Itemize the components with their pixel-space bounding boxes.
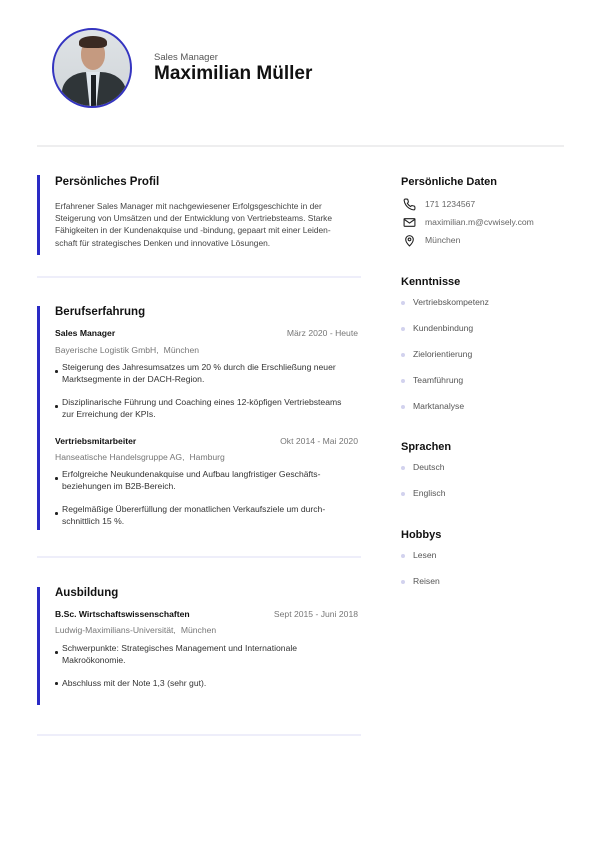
photo-hair	[79, 36, 107, 48]
profile-line: schaft für strategisches Denken und inno…	[55, 237, 361, 249]
profile-text: Erfahrener Sales Manager mit nachgewiese…	[55, 200, 361, 249]
section-divider	[37, 734, 361, 736]
email-value: maximilian.m@cvwisely.com	[425, 217, 534, 227]
section-accent-bar	[37, 175, 40, 255]
mail-icon	[402, 215, 416, 229]
location-pin-icon	[402, 233, 416, 247]
company-city: Hamburg	[189, 452, 224, 462]
education-bullet: Abschluss mit der Note 1,3 (sehr gut).	[55, 677, 371, 689]
hobby-label: Reisen	[413, 576, 440, 586]
bullet-line: Erfolgreiche Neukundenakquise und Aufbau…	[55, 468, 371, 480]
bullet-line: Schwerpunkte: Strategisches Management u…	[55, 642, 371, 654]
hobby-label: Lesen	[413, 550, 436, 560]
photo-tie	[91, 75, 96, 108]
section-accent-bar	[37, 306, 40, 530]
contact-email: maximilian.m@cvwisely.com	[402, 215, 416, 229]
profile-section: Persönliches Profil Erfahrener Sales Man…	[37, 175, 361, 257]
bullet-dot	[401, 492, 405, 496]
bullet-dot	[401, 353, 405, 357]
job-company: Bayerische Logistik GmbH,München	[55, 345, 199, 355]
language-label: Deutsch	[413, 462, 445, 472]
hobbies-title: Hobbys	[401, 529, 441, 541]
profile-line: Steigerung von Umsätzen und der Entwickl…	[55, 212, 361, 224]
bullet-dot	[401, 466, 405, 470]
bullet-dot	[55, 477, 58, 480]
company-name: Hanseatische Handelsgruppe AG,	[55, 452, 184, 462]
school-city: München	[181, 625, 216, 635]
profile-line: Fähigkeiten in der Kundenakquise und -bi…	[55, 224, 361, 236]
bullet-dot	[55, 405, 58, 408]
company-city: München	[164, 345, 199, 355]
job-role: Vertriebsmitarbeiter	[55, 436, 136, 446]
degree-title: B.Sc. Wirtschaftswissenschaften	[55, 609, 190, 619]
skill-label: Marktanalyse	[413, 401, 464, 411]
bullet-line: schnittlich 15 %.	[55, 515, 371, 527]
skill-label: Zielorientierung	[413, 349, 472, 359]
skills-title: Kenntnisse	[401, 276, 460, 288]
bullet-line: Makroökonomie.	[55, 654, 371, 666]
profile-photo	[52, 28, 132, 108]
job-bullet: Steigerung des Jahresumsatzes um 20 % du…	[55, 361, 371, 385]
job-bullet: Erfolgreiche Neukundenakquise und Aufbau…	[55, 468, 371, 492]
company-name: Bayerische Logistik GmbH,	[55, 345, 159, 355]
job-role: Sales Manager	[55, 328, 115, 338]
job-bullet: Regelmäßige Übererfüllung der monatliche…	[55, 503, 371, 527]
job-dates: März 2020 - Heute	[287, 328, 358, 338]
bullet-line: beziehungen im B2B-Bereich.	[55, 480, 371, 492]
languages-title: Sprachen	[401, 441, 451, 453]
education-bullet: Schwerpunkte: Strategisches Management u…	[55, 642, 371, 666]
bullet-line: Regelmäßige Übererfüllung der monatliche…	[55, 503, 371, 515]
experience-section: Berufserfahrung Sales Manager März 2020 …	[37, 306, 361, 536]
bullet-dot	[55, 682, 58, 685]
contact-phone: 171 1234567	[402, 197, 416, 211]
bullet-line: Disziplinarische Führung und Coaching ei…	[55, 396, 371, 408]
bullet-dot	[401, 554, 405, 558]
job-bullet: Disziplinarische Führung und Coaching ei…	[55, 396, 371, 420]
bullet-dot	[55, 370, 58, 373]
skill-label: Kundenbindung	[413, 323, 473, 333]
school: Ludwig-Maximilians-Universität,München	[55, 625, 216, 635]
phone-icon	[402, 197, 416, 211]
bullet-dot	[401, 580, 405, 584]
section-divider	[37, 276, 361, 278]
resume-page: Sales Manager Maximilian Müller Persönli…	[0, 0, 600, 849]
bullet-dot	[55, 512, 58, 515]
bullet-dot	[55, 651, 58, 654]
section-title: Ausbildung	[55, 587, 118, 599]
school-name: Ludwig-Maximilians-Universität,	[55, 625, 176, 635]
language-label: Englisch	[413, 488, 445, 498]
bullet-line: Steigerung des Jahresumsatzes um 20 % du…	[55, 361, 371, 373]
bullet-dot	[401, 301, 405, 305]
bullet-dot	[401, 379, 405, 383]
section-title: Persönliches Profil	[55, 176, 159, 188]
job-title: Sales Manager	[154, 52, 218, 63]
section-accent-bar	[37, 587, 40, 705]
degree-dates: Sept 2015 - Juni 2018	[274, 609, 358, 619]
location-value: München	[425, 235, 460, 245]
bullet-dot	[401, 405, 405, 409]
skill-label: Teamführung	[413, 375, 463, 385]
personal-data-title: Persönliche Daten	[401, 176, 497, 188]
contact-location: München	[402, 233, 416, 247]
education-section: Ausbildung B.Sc. Wirtschaftswissenschaft…	[37, 587, 361, 707]
profile-line: Erfahrener Sales Manager mit nachgewiese…	[55, 200, 361, 212]
phone-value: 171 1234567	[425, 199, 475, 209]
bullet-line: Marktsegmente in der DACH-Region.	[55, 373, 371, 385]
section-title: Berufserfahrung	[55, 306, 145, 318]
job-company: Hanseatische Handelsgruppe AG,Hamburg	[55, 452, 225, 462]
bullet-line: zur Erreichung der KPIs.	[55, 408, 371, 420]
header-divider	[37, 145, 564, 147]
bullet-dot	[401, 327, 405, 331]
skill-label: Vertriebskompetenz	[413, 297, 489, 307]
section-divider	[37, 556, 361, 558]
job-dates: Okt 2014 - Mai 2020	[280, 436, 358, 446]
bullet-line: Abschluss mit der Note 1,3 (sehr gut).	[55, 677, 371, 689]
person-name: Maximilian Müller	[154, 63, 312, 85]
